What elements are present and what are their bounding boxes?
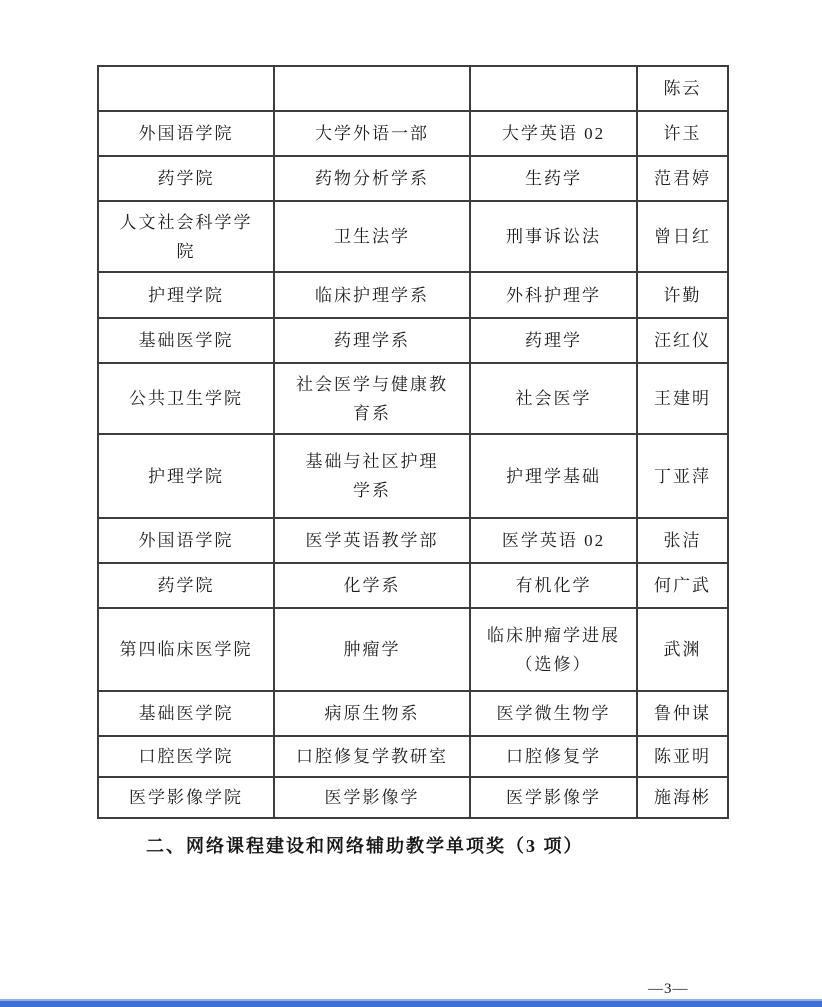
course-cell: 医学微生物学 bbox=[470, 691, 637, 736]
teacher-name-cell: 范君婷 bbox=[637, 156, 728, 201]
page-number: —3— bbox=[648, 981, 689, 998]
course-cell bbox=[470, 66, 637, 111]
department-cell: 肿瘤学 bbox=[274, 608, 470, 691]
department-cell: 临床护理学系 bbox=[274, 272, 470, 318]
teacher-name-cell: 王建明 bbox=[637, 363, 728, 434]
teacher-name-cell: 鲁仲谋 bbox=[637, 691, 728, 736]
teacher-name-cell: 武渊 bbox=[637, 608, 728, 691]
table-row: 外国语学院 医学英语教学部 医学英语 02 张洁 bbox=[98, 518, 728, 563]
department-cell: 口腔修复学教研室 bbox=[274, 736, 470, 777]
department-cell: 社会医学与健康教 育系 bbox=[274, 363, 470, 434]
college-cell: 护理学院 bbox=[98, 272, 274, 318]
teacher-name-cell: 张洁 bbox=[637, 518, 728, 563]
department-cell: 化学系 bbox=[274, 563, 470, 608]
college-cell: 基础医学院 bbox=[98, 691, 274, 736]
table-row: 基础医学院 药理学系 药理学 汪红仪 bbox=[98, 318, 728, 363]
college-cell: 外国语学院 bbox=[98, 111, 274, 156]
teacher-name-cell: 丁亚萍 bbox=[637, 434, 728, 518]
course-cell: 临床肿瘤学进展 （选修） bbox=[470, 608, 637, 691]
awards-table: 陈云 外国语学院 大学外语一部 大学英语 02 许玉 药学院 药物分析学系 生药… bbox=[97, 65, 729, 819]
course-cell: 大学英语 02 bbox=[470, 111, 637, 156]
course-cell: 护理学基础 bbox=[470, 434, 637, 518]
college-cell bbox=[98, 66, 274, 111]
table-row: 口腔医学院 口腔修复学教研室 口腔修复学 陈亚明 bbox=[98, 736, 728, 777]
college-cell: 医学影像学院 bbox=[98, 777, 274, 818]
table-row: 护理学院 临床护理学系 外科护理学 许勤 bbox=[98, 272, 728, 318]
course-cell: 外科护理学 bbox=[470, 272, 637, 318]
course-cell: 生药学 bbox=[470, 156, 637, 201]
department-cell: 基础与社区护理 学系 bbox=[274, 434, 470, 518]
teacher-name-cell: 施海彬 bbox=[637, 777, 728, 818]
course-cell: 医学影像学 bbox=[470, 777, 637, 818]
course-cell: 社会医学 bbox=[470, 363, 637, 434]
teacher-name-cell: 陈云 bbox=[637, 66, 728, 111]
department-cell: 病原生物系 bbox=[274, 691, 470, 736]
table-row: 人文社会科学学 院 卫生法学 刑事诉讼法 曾日红 bbox=[98, 201, 728, 272]
college-cell: 药学院 bbox=[98, 156, 274, 201]
teacher-name-cell: 曾日红 bbox=[637, 201, 728, 272]
table-row: 公共卫生学院 社会医学与健康教 育系 社会医学 王建明 bbox=[98, 363, 728, 434]
department-cell: 大学外语一部 bbox=[274, 111, 470, 156]
table-row: 外国语学院 大学外语一部 大学英语 02 许玉 bbox=[98, 111, 728, 156]
department-cell bbox=[274, 66, 470, 111]
table-row: 药学院 药物分析学系 生药学 范君婷 bbox=[98, 156, 728, 201]
college-cell: 护理学院 bbox=[98, 434, 274, 518]
college-cell: 第四临床医学院 bbox=[98, 608, 274, 691]
teacher-name-cell: 许勤 bbox=[637, 272, 728, 318]
course-cell: 药理学 bbox=[470, 318, 637, 363]
table-row: 第四临床医学院 肿瘤学 临床肿瘤学进展 （选修） 武渊 bbox=[98, 608, 728, 691]
table-row: 药学院 化学系 有机化学 何广武 bbox=[98, 563, 728, 608]
department-cell: 医学英语教学部 bbox=[274, 518, 470, 563]
course-cell: 刑事诉讼法 bbox=[470, 201, 637, 272]
college-cell: 药学院 bbox=[98, 563, 274, 608]
teacher-name-cell: 汪红仪 bbox=[637, 318, 728, 363]
department-cell: 药物分析学系 bbox=[274, 156, 470, 201]
college-cell: 口腔医学院 bbox=[98, 736, 274, 777]
bottom-accent-bar bbox=[0, 999, 822, 1007]
college-cell: 公共卫生学院 bbox=[98, 363, 274, 434]
section-heading: 二、网络课程建设和网络辅助教学单项奖（3 项） bbox=[146, 832, 584, 858]
table-row: 陈云 bbox=[98, 66, 728, 111]
college-cell: 外国语学院 bbox=[98, 518, 274, 563]
teacher-name-cell: 陈亚明 bbox=[637, 736, 728, 777]
college-cell: 人文社会科学学 院 bbox=[98, 201, 274, 272]
table-row: 医学影像学院 医学影像学 医学影像学 施海彬 bbox=[98, 777, 728, 818]
department-cell: 药理学系 bbox=[274, 318, 470, 363]
department-cell: 医学影像学 bbox=[274, 777, 470, 818]
college-cell: 基础医学院 bbox=[98, 318, 274, 363]
table-row: 护理学院 基础与社区护理 学系 护理学基础 丁亚萍 bbox=[98, 434, 728, 518]
teacher-name-cell: 何广武 bbox=[637, 563, 728, 608]
table-row: 基础医学院 病原生物系 医学微生物学 鲁仲谋 bbox=[98, 691, 728, 736]
teacher-name-cell: 许玉 bbox=[637, 111, 728, 156]
course-cell: 口腔修复学 bbox=[470, 736, 637, 777]
document-page: 陈云 外国语学院 大学外语一部 大学英语 02 许玉 药学院 药物分析学系 生药… bbox=[0, 0, 822, 1007]
course-cell: 医学英语 02 bbox=[470, 518, 637, 563]
department-cell: 卫生法学 bbox=[274, 201, 470, 272]
course-cell: 有机化学 bbox=[470, 563, 637, 608]
